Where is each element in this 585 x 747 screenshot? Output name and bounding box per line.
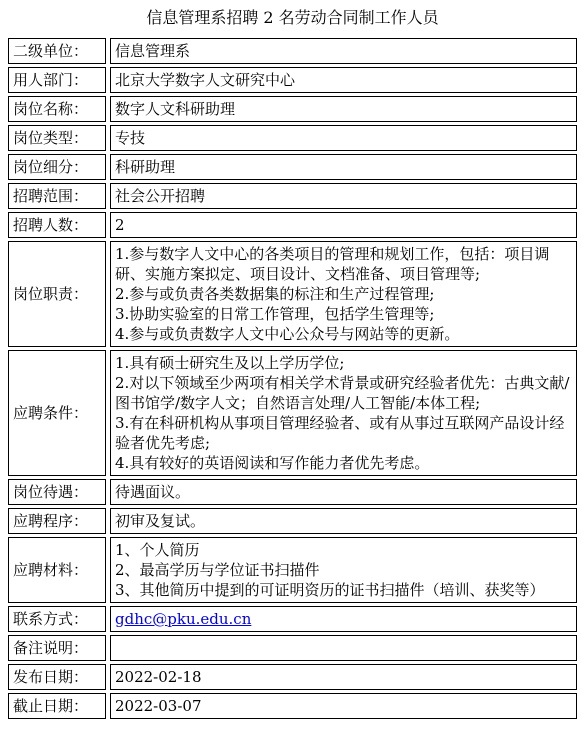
row-label: 用人部门： [8,67,106,93]
row-label: 备注说明： [8,635,106,661]
row-label: 招聘范围： [8,183,106,209]
row-label: 截止日期： [8,693,106,719]
row-label: 应聘条件： [8,350,106,476]
row-value: 社会公开招聘 [110,183,577,209]
row-secondary-unit: 二级单位： 信息管理系 [8,38,577,64]
row-department: 用人部门： 北京大学数字人文研究中心 [8,67,577,93]
row-value: 2 [110,212,577,238]
row-value: 1.具有硕士研究生及以上学历学位; 2.对以下领域至少两项有相关学术背景或研究经… [110,350,577,476]
row-label: 二级单位： [8,38,106,64]
row-label: 岗位类型： [8,125,106,151]
row-position-subdivision: 岗位细分： 科研助理 [8,154,577,180]
row-value: 2022-02-18 [110,664,577,690]
row-label: 岗位职责： [8,241,106,347]
row-contact: 联系方式： gdhc@pku.edu.cn [8,606,577,632]
row-position-type: 岗位类型： 专技 [8,125,577,151]
row-materials: 应聘材料： 1、个人简历 2、最高学历与学位证书扫描件 3、其他简历中提到的可证… [8,537,577,603]
row-value: 1.参与数字人文中心的各类项目的管理和规划工作，包括：项目调研、实施方案拟定、项… [110,241,577,347]
row-value: 信息管理系 [110,38,577,64]
row-value: gdhc@pku.edu.cn [110,606,577,632]
row-recruitment-scope: 招聘范围： 社会公开招聘 [8,183,577,209]
row-remarks: 备注说明： [8,635,577,661]
row-publish-date: 发布日期： 2022-02-18 [8,664,577,690]
row-value: 北京大学数字人文研究中心 [110,67,577,93]
row-value: 专技 [110,125,577,151]
row-value: 待遇面议。 [110,479,577,505]
row-requirements: 应聘条件： 1.具有硕士研究生及以上学历学位; 2.对以下领域至少两项有相关学术… [8,350,577,476]
row-label: 招聘人数： [8,212,106,238]
row-value: 科研助理 [110,154,577,180]
row-headcount: 招聘人数： 2 [8,212,577,238]
row-value: 数字人文科研助理 [110,96,577,122]
row-value: 初审及复试。 [110,508,577,534]
row-procedure: 应聘程序： 初审及复试。 [8,508,577,534]
row-value: 2022-03-07 [110,693,577,719]
row-label: 发布日期： [8,664,106,690]
row-compensation: 岗位待遇： 待遇面议。 [8,479,577,505]
row-label: 联系方式： [8,606,106,632]
row-deadline: 截止日期： 2022-03-07 [8,693,577,719]
row-duties: 岗位职责： 1.参与数字人文中心的各类项目的管理和规划工作，包括：项目调研、实施… [8,241,577,347]
row-position-name: 岗位名称： 数字人文科研助理 [8,96,577,122]
page-title: 信息管理系招聘 2 名劳动合同制工作人员 [4,8,581,28]
row-value [110,635,577,661]
job-details-table: 二级单位： 信息管理系 用人部门： 北京大学数字人文研究中心 岗位名称： 数字人… [4,35,581,722]
row-label: 应聘材料： [8,537,106,603]
row-label: 岗位细分： [8,154,106,180]
row-label: 岗位名称： [8,96,106,122]
job-posting-page: 信息管理系招聘 2 名劳动合同制工作人员 二级单位： 信息管理系 用人部门： 北… [4,8,581,722]
row-label: 应聘程序： [8,508,106,534]
row-value: 1、个人简历 2、最高学历与学位证书扫描件 3、其他简历中提到的可证明资历的证书… [110,537,577,603]
row-label: 岗位待遇： [8,479,106,505]
contact-email-link[interactable]: gdhc@pku.edu.cn [115,610,251,628]
